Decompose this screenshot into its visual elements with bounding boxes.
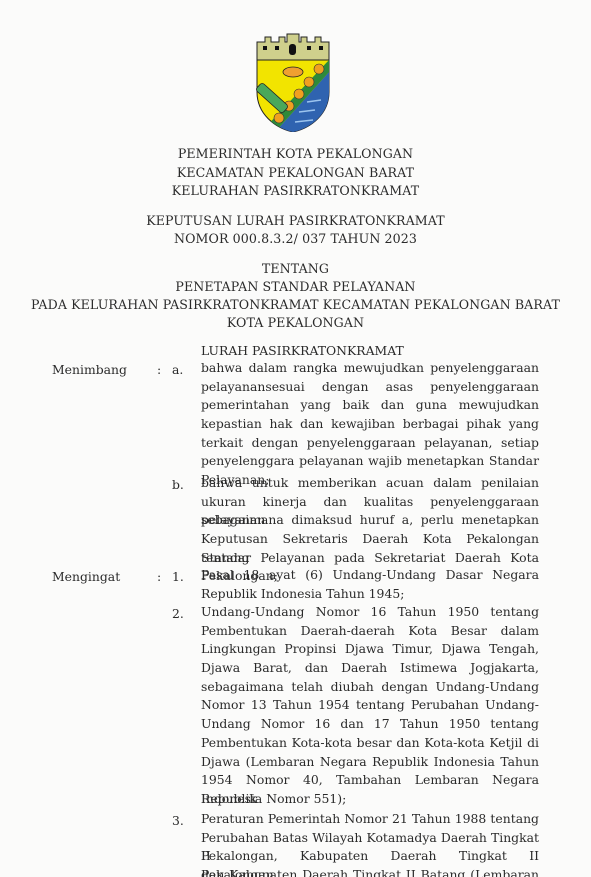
text-line: Undang Nomor 16 dan 17 Tahun 1950 tentan… xyxy=(201,715,539,734)
text-line: ukuran kinerja dan kualitas penyelenggar… xyxy=(201,493,539,512)
item-marker: 2. xyxy=(172,606,184,621)
text-line: Keputusan Sekretaris Daerah Kota Pekalon… xyxy=(201,530,539,549)
header-line-3: KELURAHAN PASIRKRATONKRAMAT xyxy=(0,183,591,198)
text-line: pemerintahan yang baik dan guna mewujudk… xyxy=(201,396,539,415)
issuer-title: LURAH PASIRKRATONKRAMAT xyxy=(201,343,404,358)
subject-line-1: PENETAPAN STANDAR PELAYANAN xyxy=(0,279,591,294)
section-colon: : xyxy=(157,569,161,584)
document-page: PEMERINTAH KOTA PEKALONGAN KECAMATAN PEK… xyxy=(0,0,591,877)
section-label-mengingat: Mengingat xyxy=(52,569,120,584)
subject-line-2: PADA KELURAHAN PASIRKRATONKRAMAT KECAMAT… xyxy=(0,297,591,312)
menimbang-item-a: bahwa dalam rangka mewujudkan penyelengg… xyxy=(201,359,539,490)
text-line: Djawa Barat, dan Daerah Istimewa Jogjaka… xyxy=(201,659,539,678)
text-line: sebagaimana telah diubah dengan Undang-U… xyxy=(201,678,539,697)
subject-line-3: KOTA PEKALONGAN xyxy=(0,315,591,330)
text-line: 1954 Nomor 40, Tambahan Lembaran Negara … xyxy=(201,771,539,790)
text-line: Pembentukan Daerah-daerah Kota Besar dal… xyxy=(201,622,539,641)
item-marker: 3. xyxy=(172,813,184,828)
text-line: Perubahan Batas Wilayah Kotamadya Daerah… xyxy=(201,829,539,848)
mengingat-item-1: Pasal 18 ayat (6) Undang-Undang Dasar Ne… xyxy=(201,566,539,603)
text-line: penyelenggara pelayanan wajib menetapkan… xyxy=(201,452,539,471)
decree-title: KEPUTUSAN LURAH PASIRKRATONKRAMAT xyxy=(0,213,591,228)
text-line: bahwa dalam rangka mewujudkan penyelengg… xyxy=(201,359,539,378)
text-line: Lingkungan Propinsi Djawa Timur, Djawa T… xyxy=(201,640,539,659)
text-line: dan Kabupaten Daerah Tingkat II Batang (… xyxy=(201,866,539,877)
text-line: terkait dengan penyelenggaraan pelayanan… xyxy=(201,434,539,453)
section-label-menimbang: Menimbang xyxy=(52,362,127,377)
text-line: Republik Indonesia Tahun 1945; xyxy=(201,585,539,604)
text-line: bahwa untuk memberikan acuan dalam penil… xyxy=(201,474,539,493)
mengingat-item-3: Peraturan Pemerintah Nomor 21 Tahun 1988… xyxy=(201,810,539,877)
text-line: Pasal 18 ayat (6) Undang-Undang Dasar Ne… xyxy=(201,566,539,585)
subject-label: TENTANG xyxy=(0,261,591,276)
text-line: kepastian hak dan kewajiban berbagai pih… xyxy=(201,415,539,434)
decree-number: NOMOR 000.8.3.2/ 037 TAHUN 2023 xyxy=(0,231,591,246)
text-line: Standar Pelayanan pada Sekretariat Daera… xyxy=(201,549,539,568)
text-line: Undang-Undang Nomor 16 Tahun 1950 tentan… xyxy=(201,603,539,622)
item-marker: b. xyxy=(172,477,184,492)
text-line: Pembentukan Kota-kota besar dan Kota-kot… xyxy=(201,734,539,753)
header-line-1: PEMERINTAH KOTA PEKALONGAN xyxy=(0,146,591,161)
text-line: Djawa (Lembaran Negara Republik Indonesi… xyxy=(201,753,539,772)
city-emblem-icon xyxy=(255,32,331,132)
item-marker: a. xyxy=(172,362,183,377)
text-line: Pekalongan, Kabupaten Daerah Tingkat II … xyxy=(201,847,539,866)
text-line: Indonesia Nomor 551); xyxy=(201,790,539,809)
section-colon: : xyxy=(157,362,161,377)
mengingat-item-2: Undang-Undang Nomor 16 Tahun 1950 tentan… xyxy=(201,603,539,809)
text-line: Nomor 13 Tahun 1954 tentang Perubahan Un… xyxy=(201,696,539,715)
item-marker: 1. xyxy=(172,569,184,584)
text-line: Peraturan Pemerintah Nomor 21 Tahun 1988… xyxy=(201,810,539,829)
text-line: pelayanansesuai dengan asas penyelenggar… xyxy=(201,378,539,397)
text-line: sebagaimana dimaksud huruf a, perlu mene… xyxy=(201,511,539,530)
header-line-2: KECAMATAN PEKALONGAN BARAT xyxy=(0,165,591,180)
